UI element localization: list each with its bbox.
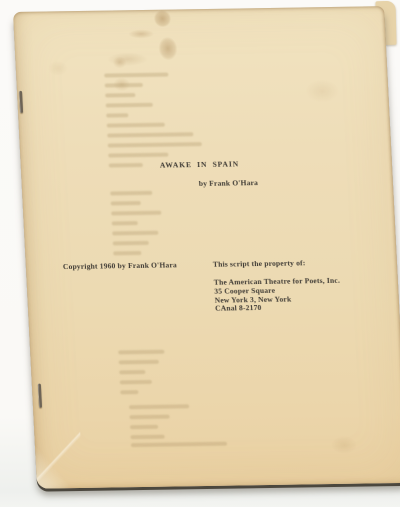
bleedthrough-text: [13, 6, 400, 489]
property-line-phone: CAnal 8-2170: [215, 303, 342, 314]
staple-top: [19, 91, 23, 113]
staple-bottom: [38, 384, 42, 408]
property-address-block: The American Theatre for Poets, Inc. 35 …: [214, 277, 342, 314]
copyright-line: Copyright 1960 by Frank O'Hara: [63, 260, 177, 271]
property-heading: This script the property of:: [213, 258, 306, 268]
stain-marks: [13, 6, 400, 489]
booklet-cover: AWAKE IN SPAIN by Frank O'Hara Copyright…: [13, 6, 400, 489]
worn-corner: [34, 428, 83, 489]
script-byline: by Frank O'Hara: [199, 178, 259, 188]
photograph-background: AWAKE IN SPAIN by Frank O'Hara Copyright…: [0, 0, 400, 507]
script-title: AWAKE IN SPAIN: [160, 159, 240, 169]
